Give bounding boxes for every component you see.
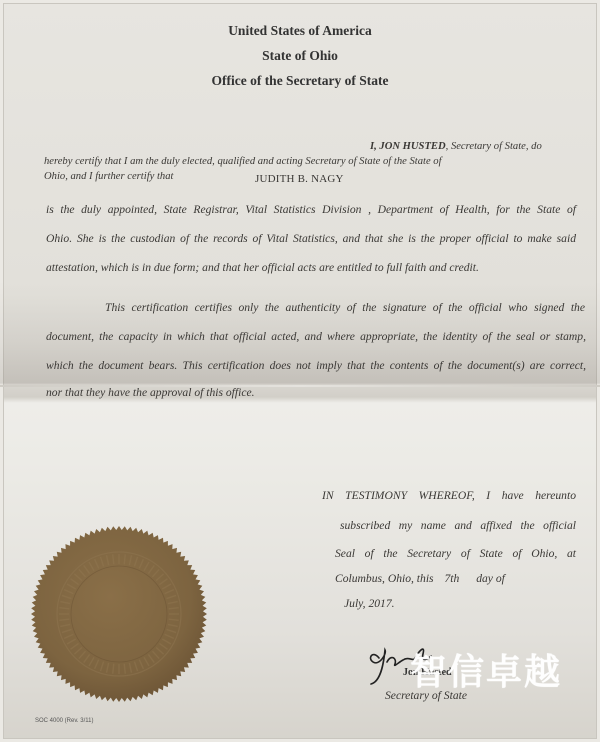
testimony-place: Columbus, Ohio, this — [335, 572, 434, 585]
testimony-date: July, 2017. — [344, 597, 395, 610]
cert-line-4: is the duly appointed, State Registrar, … — [46, 203, 576, 216]
testimony-line-1: IN TESTIMONY WHEREOF, I have hereunto — [322, 489, 576, 502]
header-office: Office of the Secretary of State — [0, 68, 600, 93]
disclaimer-line-3: which the document bears. This certifica… — [46, 359, 586, 372]
testimony-line-4: Columbus, Ohio, this 7th day of — [335, 572, 505, 585]
document-header: United States of America State of Ohio O… — [0, 18, 600, 93]
cert-intro-rest: , Secretary of State, do — [446, 141, 542, 152]
disclaimer-line-2: document, the capacity in which that off… — [46, 330, 586, 343]
header-country: United States of America — [0, 18, 600, 43]
certified-official-name: JUDITH B. NAGY — [255, 173, 344, 185]
testimony-line-2: subscribed my name and affixed the offic… — [340, 519, 576, 532]
watermark-text: 智信卓越 — [410, 644, 562, 695]
disclaimer-line-1: This certification certifies only the au… — [105, 301, 585, 314]
cert-line-5: Ohio. She is the custodian of the record… — [46, 232, 576, 245]
certificate-page: United States of America State of Ohio O… — [0, 0, 600, 742]
testimony-day-of: day of — [476, 572, 505, 585]
disclaimer-line-4: nor that they have the approval of this … — [46, 386, 255, 399]
header-state: State of Ohio — [0, 43, 600, 68]
cert-line-2: hereby certify that I am the duly electe… — [44, 156, 442, 167]
gold-seal-icon — [30, 525, 208, 703]
testimony-line-3: Seal of the Secretary of State of Ohio, … — [335, 547, 576, 560]
secretary-name: I, JON HUSTED — [370, 141, 446, 152]
cert-intro: I, JON HUSTED, Secretary of State, do — [370, 141, 542, 152]
cert-line-6: attestation, which is in due form; and t… — [46, 261, 479, 274]
testimony-day: 7th — [444, 572, 459, 585]
form-number: SOC 4000 (Rev. 3/11) — [35, 718, 93, 724]
cert-line-3: Ohio, and I further certify that — [44, 171, 173, 182]
